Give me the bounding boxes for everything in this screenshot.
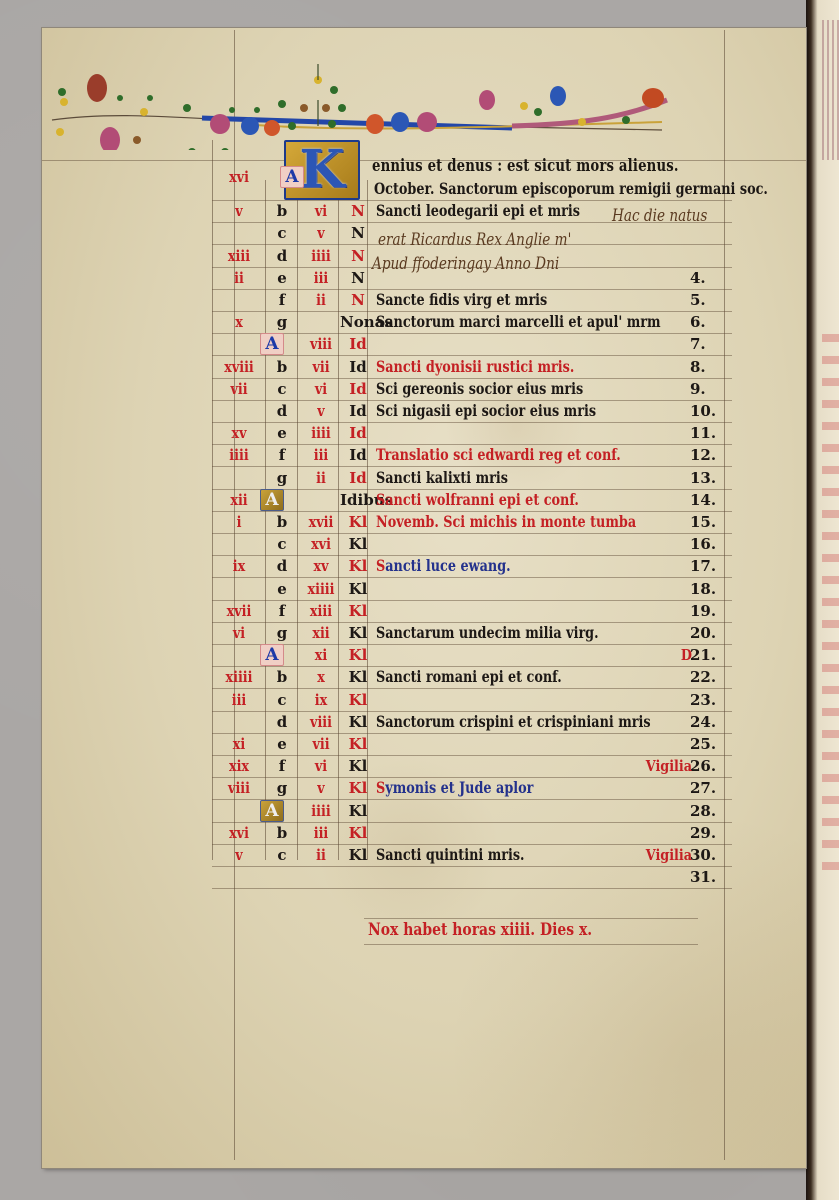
roman-date-term: Kl <box>340 733 376 755</box>
calendar-row: exiiiiKl18. <box>0 578 839 600</box>
dominical-letter: b <box>268 822 296 844</box>
roman-day-count: iiii <box>301 245 340 267</box>
feast-entry: Sancti leodegarii epi et mris <box>376 200 640 222</box>
dominical-letter: c <box>268 222 296 244</box>
feast-entry <box>376 578 640 600</box>
roman-day-count: iiii <box>301 422 340 444</box>
feast-entry: Sancti quintini mris. <box>376 844 640 866</box>
feast-entry <box>376 600 640 622</box>
dominical-letter: b <box>268 200 296 222</box>
roman-day-count: v <box>301 400 340 422</box>
calendar-row: xvibiiiKl29. <box>0 822 839 844</box>
roman-date-term: Kl <box>340 666 376 688</box>
roman-date-term: N <box>340 222 376 244</box>
dominical-letter: d <box>268 400 296 422</box>
golden-number: xiii <box>218 245 261 267</box>
dominical-letter: f <box>268 289 296 311</box>
golden-number <box>218 578 261 600</box>
day-of-month: 26. <box>690 755 730 777</box>
roman-day-count: ii <box>301 844 340 866</box>
feast-entry <box>376 822 640 844</box>
day-of-month: 17. <box>690 555 730 577</box>
roman-date-term: Id <box>340 422 376 444</box>
feast-entry <box>376 333 640 355</box>
marginal-note-line-2: erat Ricardus Rex Anglie m' <box>378 230 571 250</box>
roman-day-count: viii <box>301 333 340 355</box>
golden-number: xi <box>218 733 261 755</box>
day-of-month: 14. <box>690 489 730 511</box>
day-of-month: 28. <box>690 800 730 822</box>
dominical-letter: e <box>268 422 296 444</box>
facing-page-border-decoration <box>822 20 839 160</box>
roman-day-count: ii <box>301 467 340 489</box>
day-of-month: 4. <box>690 267 730 289</box>
golden-number: vi <box>218 622 261 644</box>
day-of-month: 5. <box>690 289 730 311</box>
day-of-month: 24. <box>690 711 730 733</box>
feast-entry <box>376 755 640 777</box>
golden-number: ix <box>218 555 261 577</box>
roman-date-term: Idibus <box>340 489 376 511</box>
golden-number: i <box>218 511 261 533</box>
calendar-row: xviifxiiiKl19. <box>0 600 839 622</box>
roman-day-count: iii <box>301 444 340 466</box>
dominical-letter: b <box>268 356 296 378</box>
roman-date-term: Kl <box>340 600 376 622</box>
dominical-letter: e <box>268 578 296 600</box>
roman-day-count: iii <box>301 822 340 844</box>
feast-entry <box>376 800 640 822</box>
day-of-month: 23. <box>690 689 730 711</box>
feast-entry <box>376 533 640 555</box>
roman-day-count <box>301 489 340 511</box>
day-of-month: 18. <box>690 578 730 600</box>
day-of-month: 8. <box>690 356 730 378</box>
day-of-month: 12. <box>690 444 730 466</box>
day-of-month: 10. <box>690 400 730 422</box>
day-of-month: 11. <box>690 422 730 444</box>
day-of-month: 27. <box>690 777 730 799</box>
golden-number: vii <box>218 378 261 400</box>
roman-date-term: Id <box>340 400 376 422</box>
golden-number <box>218 711 261 733</box>
roman-day-count: xvii <box>301 511 340 533</box>
roman-day-count: vii <box>301 733 340 755</box>
golden-number <box>218 533 261 555</box>
calendar-row: October. Sanctorum episcoporum remigii g… <box>0 178 839 200</box>
feast-entry: Sancti romani epi et conf. <box>376 666 640 688</box>
roman-date-term: Kl <box>340 777 376 799</box>
feast-entry: Translatio sci edwardi reg et conf. <box>376 444 640 466</box>
feast-entry: Sancte fidis virg et mris <box>376 289 640 311</box>
day-of-month: 19. <box>690 600 730 622</box>
calendar-row: AviiiId7. <box>0 333 839 355</box>
feast-entry <box>376 733 640 755</box>
dominical-letter: c <box>268 378 296 400</box>
day-of-month: 20. <box>690 622 730 644</box>
feast-entry: Sancti kalixti mris <box>376 467 640 489</box>
golden-number: viii <box>218 777 261 799</box>
golden-number <box>218 800 261 822</box>
golden-number: ii <box>218 267 261 289</box>
calendar-row: AiiiiKl28. <box>0 800 839 822</box>
roman-day-count: v <box>301 222 340 244</box>
roman-day-count: vi <box>301 378 340 400</box>
dominical-letter-initial: A <box>260 800 284 822</box>
golden-number: x <box>218 311 261 333</box>
dominical-letter: g <box>268 622 296 644</box>
roman-day-count <box>301 866 340 888</box>
roman-date-term: Kl <box>340 800 376 822</box>
golden-number <box>218 400 261 422</box>
calendar-row: giiId13.Sancti kalixti mris <box>0 467 839 489</box>
dominical-letter: g <box>268 311 296 333</box>
calendar-row: xixfviKl26.Vigilia <box>0 755 839 777</box>
golden-number: xiiii <box>218 666 261 688</box>
footer-night-day-hours: Nox habet horas xiiii. Dies x. <box>368 920 592 940</box>
dominical-letter: b <box>268 511 296 533</box>
calendar-row: iiiifiiiId12.Translatio sci edwardi reg … <box>0 444 839 466</box>
roman-day-count <box>301 311 340 333</box>
golden-number: xix <box>218 755 261 777</box>
feast-entry <box>376 689 640 711</box>
day-of-month: 31. <box>690 866 730 888</box>
feast-entry: Sancti luce ewang. <box>376 555 640 577</box>
calendar-row: dviiiKl24.Sanctorum crispini et crispini… <box>0 711 839 733</box>
roman-date-term: Id <box>340 378 376 400</box>
roman-date-term: Kl <box>340 511 376 533</box>
roman-date-term: Kl <box>340 622 376 644</box>
day-of-month: 22. <box>690 666 730 688</box>
day-of-month: 30. <box>690 844 730 866</box>
feast-entry: Sancti dyonisii rustici mris. <box>376 356 640 378</box>
day-of-month: 6. <box>690 311 730 333</box>
golden-number: v <box>218 200 261 222</box>
roman-date-term <box>340 866 376 888</box>
roman-date-term: N <box>340 289 376 311</box>
day-of-month: 7. <box>690 333 730 355</box>
dominical-letter: c <box>268 689 296 711</box>
roman-day-count: xiii <box>301 600 340 622</box>
ruling-horizontal <box>364 944 698 945</box>
dominical-letter: f <box>268 444 296 466</box>
day-of-month <box>690 245 730 267</box>
dominical-letter: c <box>268 533 296 555</box>
calendar-row: dvId10.Sci nigasii epi socior eius mris <box>0 400 839 422</box>
feast-entry: Sanctorum crispini et crispiniani mris <box>376 711 640 733</box>
roman-date-term: Kl <box>340 578 376 600</box>
golden-number: iii <box>218 689 261 711</box>
roman-date-term: Kl <box>340 689 376 711</box>
feast-entry: Sancti wolfranni epi et conf. <box>376 489 640 511</box>
feast-entry <box>376 422 640 444</box>
roman-date-term: Kl <box>340 555 376 577</box>
feast-entry: Sci nigasii epi socior eius mris <box>376 400 640 422</box>
roman-day-count: xvi <box>301 533 340 555</box>
roman-date-term: Id <box>340 444 376 466</box>
roman-date-term: N <box>340 200 376 222</box>
roman-day-count: ix <box>301 689 340 711</box>
roman-day-count: iiii <box>301 800 340 822</box>
golden-number: xviii <box>218 356 261 378</box>
roman-date-term: Kl <box>340 533 376 555</box>
roman-day-count: iii <box>301 267 340 289</box>
roman-date-term: N <box>340 267 376 289</box>
dominical-letter-initial: A <box>260 489 284 511</box>
ruling-horizontal <box>364 918 698 919</box>
dominical-letter: d <box>268 711 296 733</box>
golden-number: xvi <box>218 822 261 844</box>
ruling-horizontal <box>212 888 732 889</box>
calendar-row: iiicixKl23. <box>0 689 839 711</box>
golden-number: v <box>218 844 261 866</box>
calendar-row: vbviNSancti leodegarii epi et mris <box>0 200 839 222</box>
golden-number <box>218 222 261 244</box>
golden-number <box>218 289 261 311</box>
dominical-letter: f <box>268 755 296 777</box>
day-of-month: 13. <box>690 467 730 489</box>
day-of-month: 15. <box>690 511 730 533</box>
roman-day-count: xii <box>301 622 340 644</box>
roman-date-term: Kl <box>340 711 376 733</box>
roman-day-count: x <box>301 666 340 688</box>
calendar-row: viiigvKl27.Symonis et Jude aplor <box>0 777 839 799</box>
dominical-letter: f <box>268 600 296 622</box>
calendar-row: xgNonas6.Sanctorum marci marcelli et apu… <box>0 311 839 333</box>
feast-entry: Sanctorum marci marcelli et apul' mrm <box>376 311 640 333</box>
calendar-row: xveiiiiId11. <box>0 422 839 444</box>
golden-number <box>218 866 261 888</box>
golden-number <box>218 333 261 355</box>
calendar-row: cxviKl16. <box>0 533 839 555</box>
golden-number: iiii <box>218 444 261 466</box>
roman-day-count: xi <box>301 644 340 666</box>
calendar-row: 31. <box>0 866 839 888</box>
golden-number <box>218 467 261 489</box>
calendar-row: vigxiiKl20.Sanctarum undecim milia virg. <box>0 622 839 644</box>
dominical-letter-initial: A <box>260 333 284 355</box>
dominical-letter: e <box>268 267 296 289</box>
marginal-note-line-3: Apud ffoderingay Anno Dni <box>372 254 559 274</box>
roman-day-count: xv <box>301 555 340 577</box>
roman-date-term: Kl <box>340 644 376 666</box>
calendar-row: AxiKl21.D <box>0 644 839 666</box>
feast-entry: Sanctarum undecim milia virg. <box>376 622 640 644</box>
floral-border-decoration <box>42 40 682 150</box>
dominical-letter <box>268 866 296 888</box>
dominical-letter: b <box>268 666 296 688</box>
feast-entry <box>376 644 640 666</box>
dominical-letter: g <box>268 467 296 489</box>
feast-entry <box>376 866 640 888</box>
dominical-letter-initial: A <box>260 644 284 666</box>
roman-date-term: Id <box>340 333 376 355</box>
feast-entry: Novemb. Sci michis in monte tumba <box>376 511 640 533</box>
roman-date-term: Kl <box>340 844 376 866</box>
calendar-row: viicviId9.Sci gereonis socior eius mris <box>0 378 839 400</box>
roman-date-term: Id <box>340 467 376 489</box>
calendar-row: ixdxvKl17.Sancti luce ewang. <box>0 555 839 577</box>
roman-day-count: viii <box>301 711 340 733</box>
calendar-row: vciiKl30.VigiliaSancti quintini mris. <box>0 844 839 866</box>
marginal-note-line-1: Hac die natus <box>612 206 707 226</box>
roman-day-count: vi <box>301 755 340 777</box>
dominical-letter: d <box>268 555 296 577</box>
dominical-letter: d <box>268 245 296 267</box>
roman-date-term: Id <box>340 356 376 378</box>
day-of-month: 16. <box>690 533 730 555</box>
calendar-row: xiiiibxKl22.Sancti romani epi et conf. <box>0 666 839 688</box>
golden-number <box>218 644 261 666</box>
day-of-month: 9. <box>690 378 730 400</box>
feast-entry: Symonis et Jude aplor <box>376 777 640 799</box>
roman-day-count: vi <box>301 200 340 222</box>
golden-number: xii <box>218 489 261 511</box>
calendar-row: fiiN5.Sancte fidis virg et mris <box>0 289 839 311</box>
golden-number: xvii <box>218 600 261 622</box>
calendar-row: xviiibviiId8.Sancti dyonisii rustici mri… <box>0 356 839 378</box>
feast-entry: October. Sanctorum episcoporum remigii g… <box>374 178 638 200</box>
calendar-row: xiiAIdibus14.Sancti wolfranni epi et con… <box>0 489 839 511</box>
roman-date-term: N <box>340 245 376 267</box>
roman-day-count: vii <box>301 356 340 378</box>
roman-date-term: Kl <box>340 822 376 844</box>
day-of-month: 25. <box>690 733 730 755</box>
dominical-letter: c <box>268 844 296 866</box>
day-of-month: 21. <box>690 644 730 666</box>
dominical-letter: e <box>268 733 296 755</box>
roman-date-term: Nonas <box>340 311 376 333</box>
calendar-row: ibxviiKl15.Novemb. Sci michis in monte t… <box>0 511 839 533</box>
dominical-letter: g <box>268 777 296 799</box>
feast-entry: Sci gereonis socior eius mris <box>376 378 640 400</box>
roman-day-count: v <box>301 777 340 799</box>
roman-day-count: xiiii <box>301 578 340 600</box>
golden-number: xv <box>218 422 261 444</box>
roman-date-term: Kl <box>340 755 376 777</box>
day-of-month: 29. <box>690 822 730 844</box>
roman-day-count: ii <box>301 289 340 311</box>
calendar-row: xieviiKl25. <box>0 733 839 755</box>
